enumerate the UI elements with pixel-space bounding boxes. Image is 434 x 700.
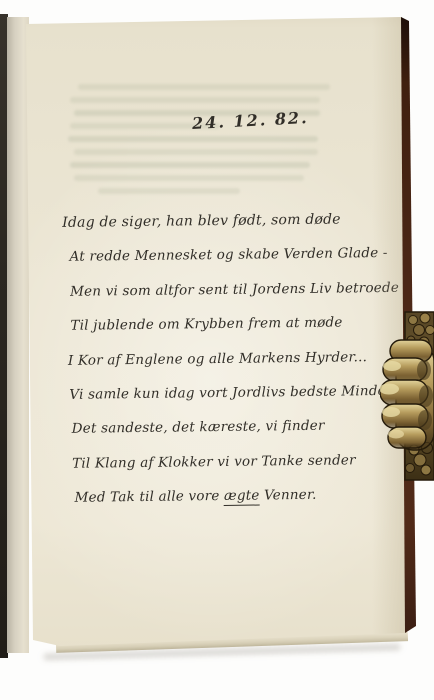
showthrough-line <box>74 149 318 155</box>
poem-line: Det sandeste, det kæreste, vi finder <box>63 417 375 455</box>
showthrough-line <box>78 84 330 90</box>
showthrough-line <box>70 162 310 168</box>
poem-line: Med Tak til alle vore ægte Venner. <box>63 486 375 524</box>
poem-line: Til jublende om Krybben frem at møde <box>61 314 373 352</box>
showthrough-line <box>74 175 304 181</box>
showthrough-line <box>70 97 320 103</box>
showthrough-line <box>68 136 318 142</box>
poem-line: Til Klang af Klokker vi vor Tanke sender <box>63 452 375 490</box>
poem-line: Vi samle kun idag vort Jordlivs bedste M… <box>62 383 374 421</box>
photo-of-book: 24. 12. 82. Idag de siger, han blev født… <box>0 0 434 700</box>
poem-word-underlined: ægte <box>224 488 260 506</box>
poem-line-prefix: Med Tak til alle vore <box>74 488 224 506</box>
poem-line: Idag de siger, han blev født, som døde <box>60 211 372 249</box>
showthrough-line <box>98 188 240 194</box>
printed-text-showthrough <box>68 84 340 212</box>
page-gutter <box>7 17 29 653</box>
book-page: 24. 12. 82. Idag de siger, han blev født… <box>0 0 434 700</box>
poem-line: I Kor af Englene og alle Markens Hyrder.… <box>62 349 374 387</box>
poem-line: At redde Mennesket og skabe Verden Glade… <box>61 245 373 283</box>
poem-line: Men vi som altfor sent til Jordens Liv b… <box>61 280 373 318</box>
handwritten-poem: Idag de siger, han blev født, som døde A… <box>60 211 376 524</box>
brass-hand-clasp <box>380 310 434 482</box>
clasp-hand <box>380 340 434 450</box>
poem-line-suffix: Venner. <box>259 487 316 504</box>
